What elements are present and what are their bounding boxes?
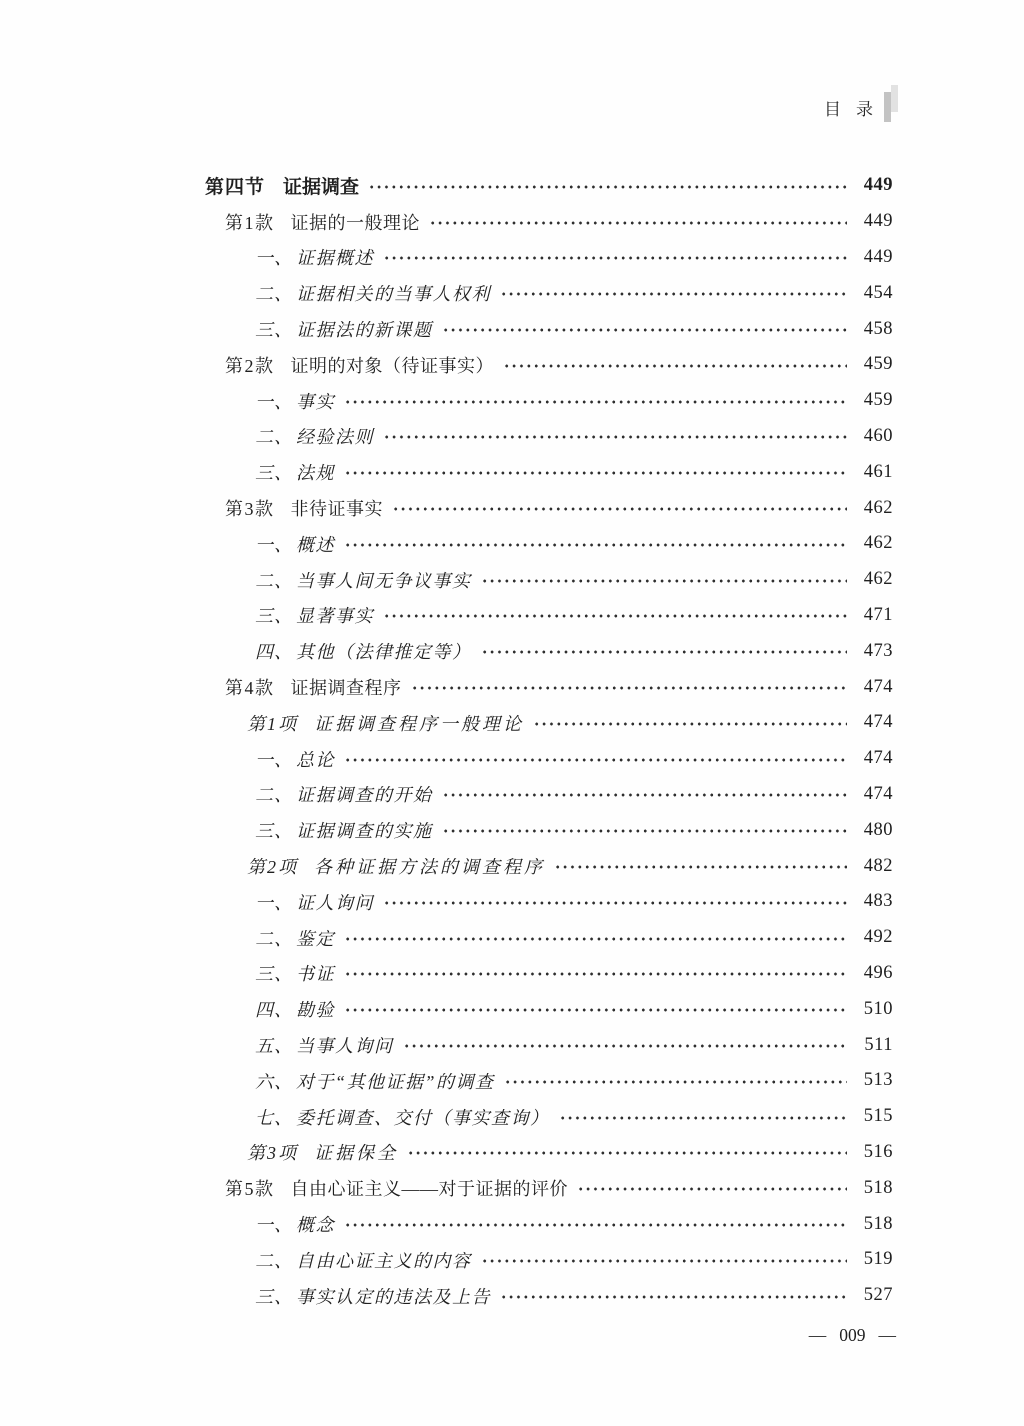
toc-entry: 三、 书证 496 — [205, 956, 893, 992]
entry-label: 第2项 — [247, 853, 298, 879]
entry-page-number: 449 — [857, 211, 893, 232]
entry-label: 二、 — [255, 567, 293, 593]
entry-page-number: 449 — [857, 175, 893, 196]
entry-title: 概述 — [296, 531, 335, 557]
dot-leader — [344, 542, 847, 548]
entry-page-number: 462 — [857, 498, 893, 519]
entry-label: 六、 — [255, 1068, 293, 1094]
folio-number: 009 — [839, 1325, 865, 1346]
dot-leader — [407, 1150, 847, 1156]
toc-entry: 第3项 证据保全 516 — [205, 1135, 893, 1171]
entry-label: 二、 — [255, 280, 293, 306]
entry-title: 书证 — [296, 960, 335, 986]
entry-label: 一、 — [255, 889, 293, 915]
entry-title: 显著事实 — [296, 602, 374, 628]
entry-page-number: 518 — [857, 1178, 893, 1199]
toc-entry: 二、 证据相关的当事人权利 454 — [205, 275, 893, 311]
entry-label: 四、 — [255, 638, 293, 664]
entry-label: 一、 — [255, 1211, 293, 1237]
entry-title: 证据调查程序一般理论 — [314, 710, 524, 736]
entry-title: 事实 — [296, 388, 335, 414]
dot-leader — [344, 1007, 847, 1013]
entry-title: 自由心证主义的内容 — [296, 1247, 472, 1273]
entry-title: 证据保全 — [314, 1139, 398, 1165]
entry-label: 第1项 — [247, 710, 298, 736]
entry-title: 事实认定的违法及上告 — [296, 1283, 491, 1309]
header-decoration-bars — [884, 85, 898, 122]
dot-leader — [392, 506, 847, 512]
entry-page-number: 458 — [857, 319, 893, 340]
dot-leader — [504, 1079, 847, 1085]
entry-page-number: 496 — [857, 963, 893, 984]
footer-dash-left: — — [809, 1325, 827, 1346]
toc-entry: 一、 证人询问 483 — [205, 884, 893, 920]
toc-entry: 四、 其他（法律推定等） 473 — [205, 633, 893, 669]
dot-leader — [383, 255, 847, 261]
toc-entry: 二、 证据调查的开始 474 — [205, 777, 893, 813]
entry-page-number: 454 — [857, 283, 893, 304]
entry-title: 总论 — [296, 746, 335, 772]
entry-page-number: 492 — [857, 927, 893, 948]
dot-leader — [481, 649, 848, 655]
toc-entry: 二、 当事人间无争议事实 462 — [205, 562, 893, 598]
dot-leader — [344, 399, 847, 405]
dot-leader — [403, 1043, 848, 1049]
entry-title: 证据调查 — [283, 172, 359, 199]
entry-page-number: 462 — [857, 569, 893, 590]
entry-page-number: 516 — [857, 1142, 893, 1163]
entry-page-number: 473 — [857, 641, 893, 662]
entry-label: 三、 — [255, 316, 293, 342]
dot-leader — [429, 220, 847, 226]
entry-page-number: 449 — [857, 247, 893, 268]
toc-entry: 三、 证据调查的实施 480 — [205, 812, 893, 848]
entry-page-number: 474 — [857, 712, 893, 733]
entry-title: 勘验 — [296, 996, 335, 1022]
toc-entry: 第5款 自由心证主义——对于证据的评价 518 — [205, 1170, 893, 1206]
book-page: 目录 第四节 证据调查 449 第1款 证据的一般理论 449 一、 证据概述 … — [0, 0, 1024, 1426]
deco-bar-dark — [884, 92, 891, 122]
toc-entry: 二、 经验法则 460 — [205, 419, 893, 455]
toc-entry: 七、 委托调查、交付（事实查询） 515 — [205, 1099, 893, 1135]
dot-leader — [411, 685, 848, 691]
entry-title: 其他（法律推定等） — [296, 638, 472, 664]
toc-entry: 六、 对于“其他证据”的调查 513 — [205, 1063, 893, 1099]
entry-label: 一、 — [255, 531, 293, 557]
deco-bar-light — [891, 85, 898, 112]
entry-page-number: 459 — [857, 390, 893, 411]
entry-title: 证据的一般理论 — [291, 209, 421, 235]
dot-leader — [500, 1294, 847, 1300]
toc-list: 第四节 证据调查 449 第1款 证据的一般理论 449 一、 证据概述 449… — [205, 168, 893, 1314]
dot-leader — [383, 900, 847, 906]
dot-leader — [577, 1186, 847, 1192]
entry-page-number: 460 — [857, 426, 893, 447]
entry-title: 证据调查的实施 — [296, 817, 433, 843]
toc-entry: 二、 自由心证主义的内容 519 — [205, 1242, 893, 1278]
entry-page-number: 527 — [857, 1285, 893, 1306]
entry-title: 当事人询问 — [296, 1032, 394, 1058]
dot-leader — [533, 721, 847, 727]
entry-label: 三、 — [255, 1283, 293, 1309]
entry-label: 一、 — [255, 244, 293, 270]
entry-label: 第3款 — [225, 495, 275, 521]
dot-leader — [383, 613, 847, 619]
toc-entry: 第四节 证据调查 449 — [205, 168, 893, 204]
entry-title: 对于“其他证据”的调查 — [296, 1068, 495, 1094]
toc-entry: 四、 勘验 510 — [205, 991, 893, 1027]
entry-page-number: 462 — [857, 533, 893, 554]
entry-label: 第3项 — [247, 1139, 298, 1165]
entry-label: 四、 — [255, 996, 293, 1022]
entry-page-number: 519 — [857, 1249, 893, 1270]
toc-entry: 一、 总论 474 — [205, 741, 893, 777]
entry-label: 七、 — [255, 1104, 293, 1130]
entry-title: 自由心证主义——对于证据的评价 — [291, 1175, 569, 1201]
entry-page-number: 474 — [857, 677, 893, 698]
toc-entry: 第3款 非待证事实 462 — [205, 490, 893, 526]
entry-title: 证据调查程序 — [291, 674, 402, 700]
entry-page-number: 518 — [857, 1214, 893, 1235]
entry-label: 三、 — [255, 960, 293, 986]
toc-entry: 五、 当事人询问 511 — [205, 1027, 893, 1063]
dot-leader — [503, 363, 847, 369]
toc-entry: 第2款 证明的对象（待证事实） 459 — [205, 347, 893, 383]
entry-title: 证人询问 — [296, 889, 374, 915]
entry-page-number: 461 — [857, 462, 893, 483]
entry-title: 鉴定 — [296, 925, 335, 951]
entry-label: 第5款 — [225, 1175, 275, 1201]
dot-leader — [344, 470, 847, 476]
entry-title: 非待证事实 — [291, 495, 384, 521]
toc-entry: 三、 显著事实 471 — [205, 598, 893, 634]
entry-title: 各种证据方法的调查程序 — [314, 853, 545, 879]
entry-label: 二、 — [255, 925, 293, 951]
entry-label: 三、 — [255, 459, 293, 485]
entry-label: 一、 — [255, 746, 293, 772]
entry-title: 证据相关的当事人权利 — [296, 280, 491, 306]
dot-leader — [368, 184, 847, 190]
entry-page-number: 474 — [857, 784, 893, 805]
dot-leader — [500, 291, 847, 297]
toc-entry: 第1项 证据调查程序一般理论 474 — [205, 705, 893, 741]
toc-entry: 二、 鉴定 492 — [205, 920, 893, 956]
entry-label: 第2款 — [225, 352, 275, 378]
entry-label: 第4款 — [225, 674, 275, 700]
entry-label: 三、 — [255, 817, 293, 843]
dot-leader — [344, 1222, 847, 1228]
entry-page-number: 515 — [857, 1106, 893, 1127]
entry-label: 五、 — [255, 1032, 293, 1058]
entry-label: 三、 — [255, 602, 293, 628]
footer-dash-right: — — [879, 1325, 897, 1346]
toc-entry: 第1款 证据的一般理论 449 — [205, 204, 893, 240]
running-header: 目录 — [824, 85, 898, 122]
entry-page-number: 482 — [857, 856, 893, 877]
page-footer: — 009 — — [809, 1325, 896, 1346]
toc-entry: 一、 事实 459 — [205, 383, 893, 419]
dot-leader — [344, 971, 847, 977]
toc-entry: 第4款 证据调查程序 474 — [205, 669, 893, 705]
entry-title: 概念 — [296, 1211, 335, 1237]
dot-leader — [481, 1258, 848, 1264]
dot-leader — [442, 792, 848, 798]
entry-page-number: 513 — [857, 1070, 893, 1091]
toc-entry: 三、 法规 461 — [205, 454, 893, 490]
dot-leader — [344, 757, 847, 763]
entry-title: 当事人间无争议事实 — [296, 567, 472, 593]
entry-page-number: 471 — [857, 605, 893, 626]
entry-title: 证据调查的开始 — [296, 781, 433, 807]
entry-label: 二、 — [255, 1247, 293, 1273]
dot-leader — [554, 864, 847, 870]
dot-leader — [481, 578, 848, 584]
dot-leader — [559, 1115, 848, 1121]
entry-label: 第1款 — [225, 209, 275, 235]
entry-page-number: 474 — [857, 748, 893, 769]
toc-entry: 一、 概述 462 — [205, 526, 893, 562]
entry-label: 第四节 — [205, 172, 265, 199]
entry-page-number: 459 — [857, 354, 893, 375]
dot-leader — [383, 434, 847, 440]
entry-page-number: 480 — [857, 820, 893, 841]
entry-page-number: 510 — [857, 999, 893, 1020]
entry-label: 二、 — [255, 781, 293, 807]
entry-title: 法规 — [296, 459, 335, 485]
entry-label: 一、 — [255, 388, 293, 414]
dot-leader — [344, 936, 847, 942]
entry-page-number: 483 — [857, 891, 893, 912]
dot-leader — [442, 828, 848, 834]
entry-title: 经验法则 — [296, 423, 374, 449]
entry-label: 二、 — [255, 423, 293, 449]
page-header-title: 目录 — [824, 95, 888, 120]
entry-title: 委托调查、交付（事实查询） — [296, 1104, 550, 1130]
toc-entry: 一、 概念 518 — [205, 1206, 893, 1242]
toc-entry: 第2项 各种证据方法的调查程序 482 — [205, 848, 893, 884]
entry-title: 证据概述 — [296, 244, 374, 270]
toc-entry: 一、 证据概述 449 — [205, 240, 893, 276]
entry-page-number: 511 — [857, 1035, 893, 1056]
dot-leader — [442, 327, 848, 333]
toc-entry: 三、 证据法的新课题 458 — [205, 311, 893, 347]
toc-entry: 三、 事实认定的违法及上告 527 — [205, 1278, 893, 1314]
entry-title: 证据法的新课题 — [296, 316, 433, 342]
entry-title: 证明的对象（待证事实） — [291, 352, 495, 378]
